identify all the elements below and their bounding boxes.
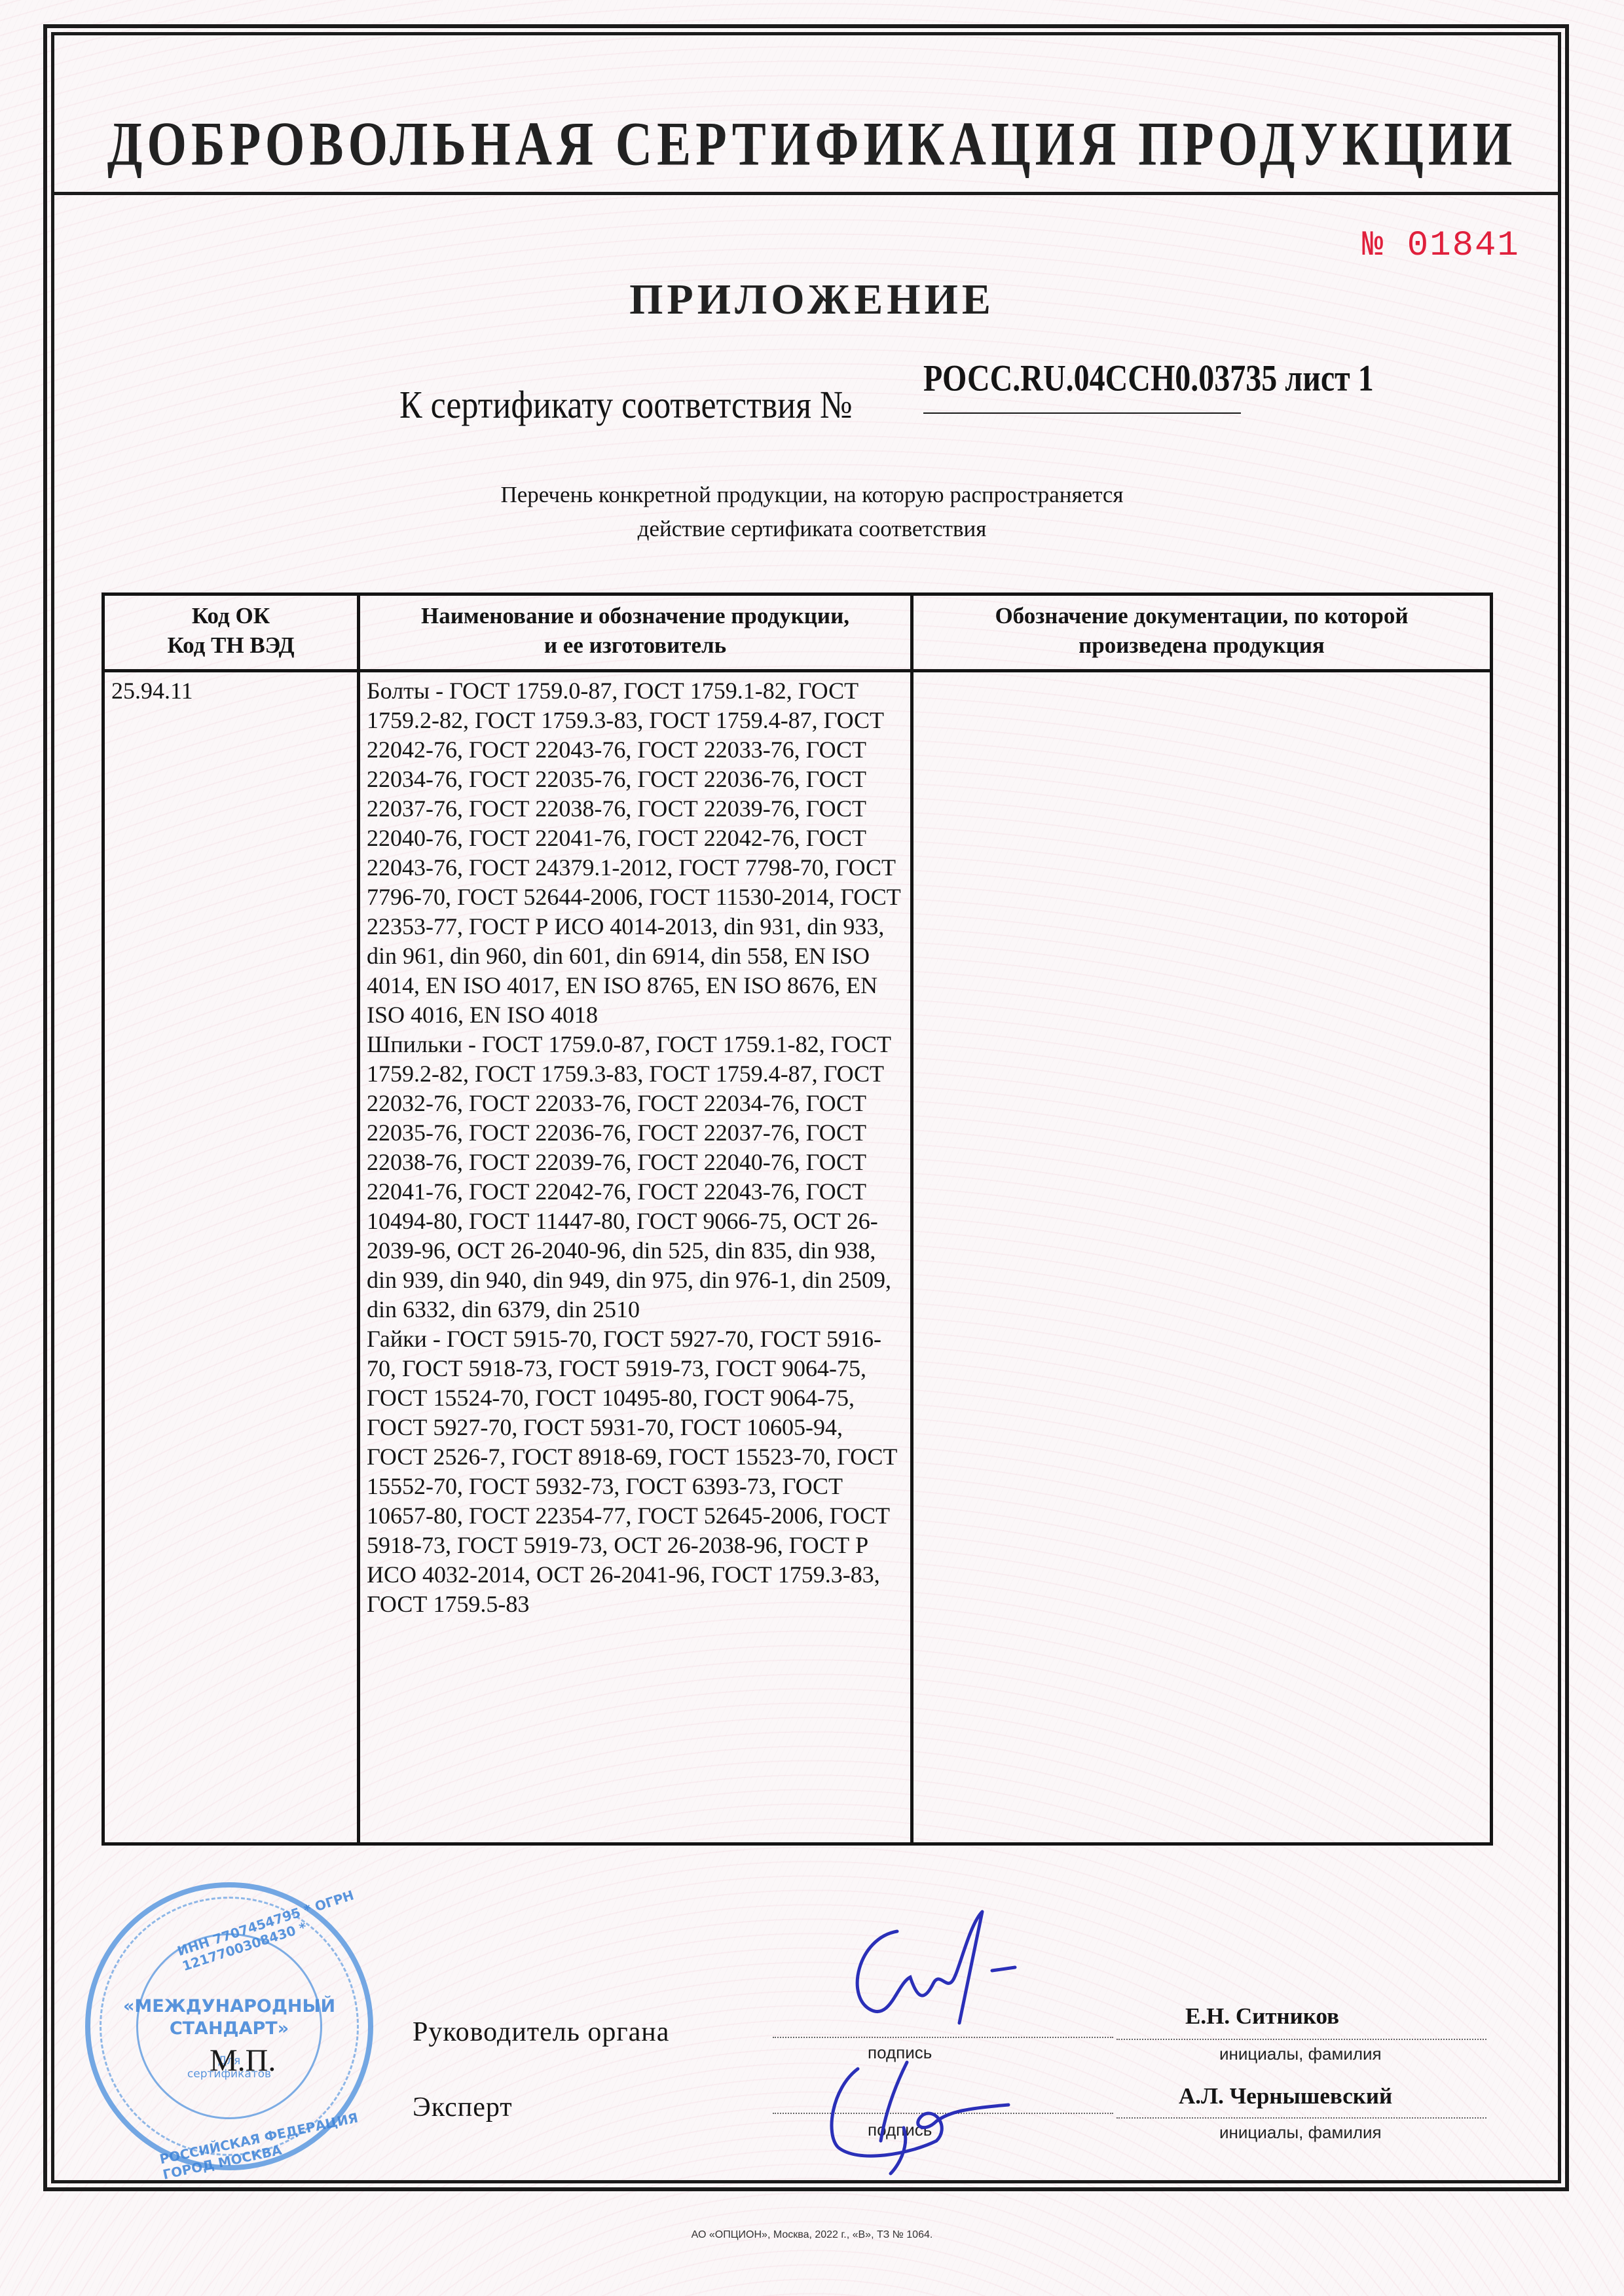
header-title: ДОБРОВОЛЬНАЯ СЕРТИФИКАЦИЯ ПРОДУКЦИИ xyxy=(0,108,1624,180)
intro-line-1: Перечень конкретной продукции, на котору… xyxy=(0,478,1624,512)
intro-text: Перечень конкретной продукции, на котору… xyxy=(0,478,1624,546)
expert-role-label: Эксперт xyxy=(413,2092,513,2123)
stamp-organization-name: «МЕЖДУНАРОДНЫЙ СТАНДАРТ» xyxy=(90,1995,368,2040)
header-code-line-1: Код ОК xyxy=(111,601,350,630)
expert-name: А.Л. Чернышевский xyxy=(1179,2083,1392,2109)
printer-info: АО «ОПЦИОН», Москва, 2022 г., «В», ТЗ № … xyxy=(0,2229,1624,2241)
products-table: Код ОК Код ТН ВЭД Наименование и обознач… xyxy=(101,592,1493,1846)
product-group-nuts: Гайки - ГОСТ 5915-70, ГОСТ 5927-70, ГОСТ… xyxy=(367,1324,904,1619)
stamp-name-line-1: «МЕЖДУНАРОДНЫЙ xyxy=(90,1995,368,2018)
certificate-number-underline xyxy=(923,412,1241,414)
serial-number: № 01841 xyxy=(1362,226,1520,266)
head-name-caption: инициалы, фамилия xyxy=(1219,2044,1382,2064)
product-group-studs: Шпильки - ГОСТ 1759.0-87, ГОСТ 1759.1-82… xyxy=(367,1030,904,1324)
intro-line-2: действие сертификата соответствия xyxy=(0,512,1624,546)
expert-name-caption: инициалы, фамилия xyxy=(1219,2123,1382,2143)
cell-documentation xyxy=(912,671,1492,1844)
head-role-label: Руководитель органа xyxy=(413,2016,669,2048)
header-product-line-2: и ее изготовитель xyxy=(367,630,904,660)
organization-stamp: ИНН 7707454795 * ОГРН 1217700308430 * «М… xyxy=(85,1882,373,2170)
certificate-label: К сертификату соответствия № xyxy=(399,383,853,428)
product-group-bolts: Болты - ГОСТ 1759.0-87, ГОСТ 1759.1-82, … xyxy=(367,676,904,1030)
header-divider xyxy=(54,192,1560,195)
table-header-row: Код ОК Код ТН ВЭД Наименование и обознач… xyxy=(103,594,1492,671)
head-name: Е.Н. Ситников xyxy=(1185,2003,1339,2030)
header-documentation-line-1: Обозначение документации, по которой xyxy=(920,601,1483,630)
expert-name-line xyxy=(1116,2117,1486,2119)
head-name-line xyxy=(1116,2039,1486,2040)
expert-signature xyxy=(819,2049,1035,2180)
certificate-number: РОСС.RU.04ССН0.03735 лист 1 xyxy=(923,357,1374,400)
header-product-line-1: Наименование и обозначение продукции, xyxy=(367,601,904,630)
cell-code: 25.94.11 xyxy=(103,671,359,1844)
header-product: Наименование и обозначение продукции, и … xyxy=(359,594,912,671)
cell-products: Болты - ГОСТ 1759.0-87, ГОСТ 1759.1-82, … xyxy=(359,671,912,1844)
table-row: 25.94.11 Болты - ГОСТ 1759.0-87, ГОСТ 17… xyxy=(103,671,1492,1844)
header-documentation-line-2: произведена продукция xyxy=(920,630,1483,660)
stamp-name-line-2: СТАНДАРТ» xyxy=(90,2018,368,2040)
seal-place-label: М.П. xyxy=(210,2043,276,2079)
annex-title: ПРИЛОЖЕНИЕ xyxy=(0,275,1624,325)
header-code: Код ОК Код ТН ВЭД xyxy=(103,594,359,671)
head-signature xyxy=(819,1899,1035,2049)
header-documentation: Обозначение документации, по которой про… xyxy=(912,594,1492,671)
header-code-line-2: Код ТН ВЭД xyxy=(111,630,350,660)
